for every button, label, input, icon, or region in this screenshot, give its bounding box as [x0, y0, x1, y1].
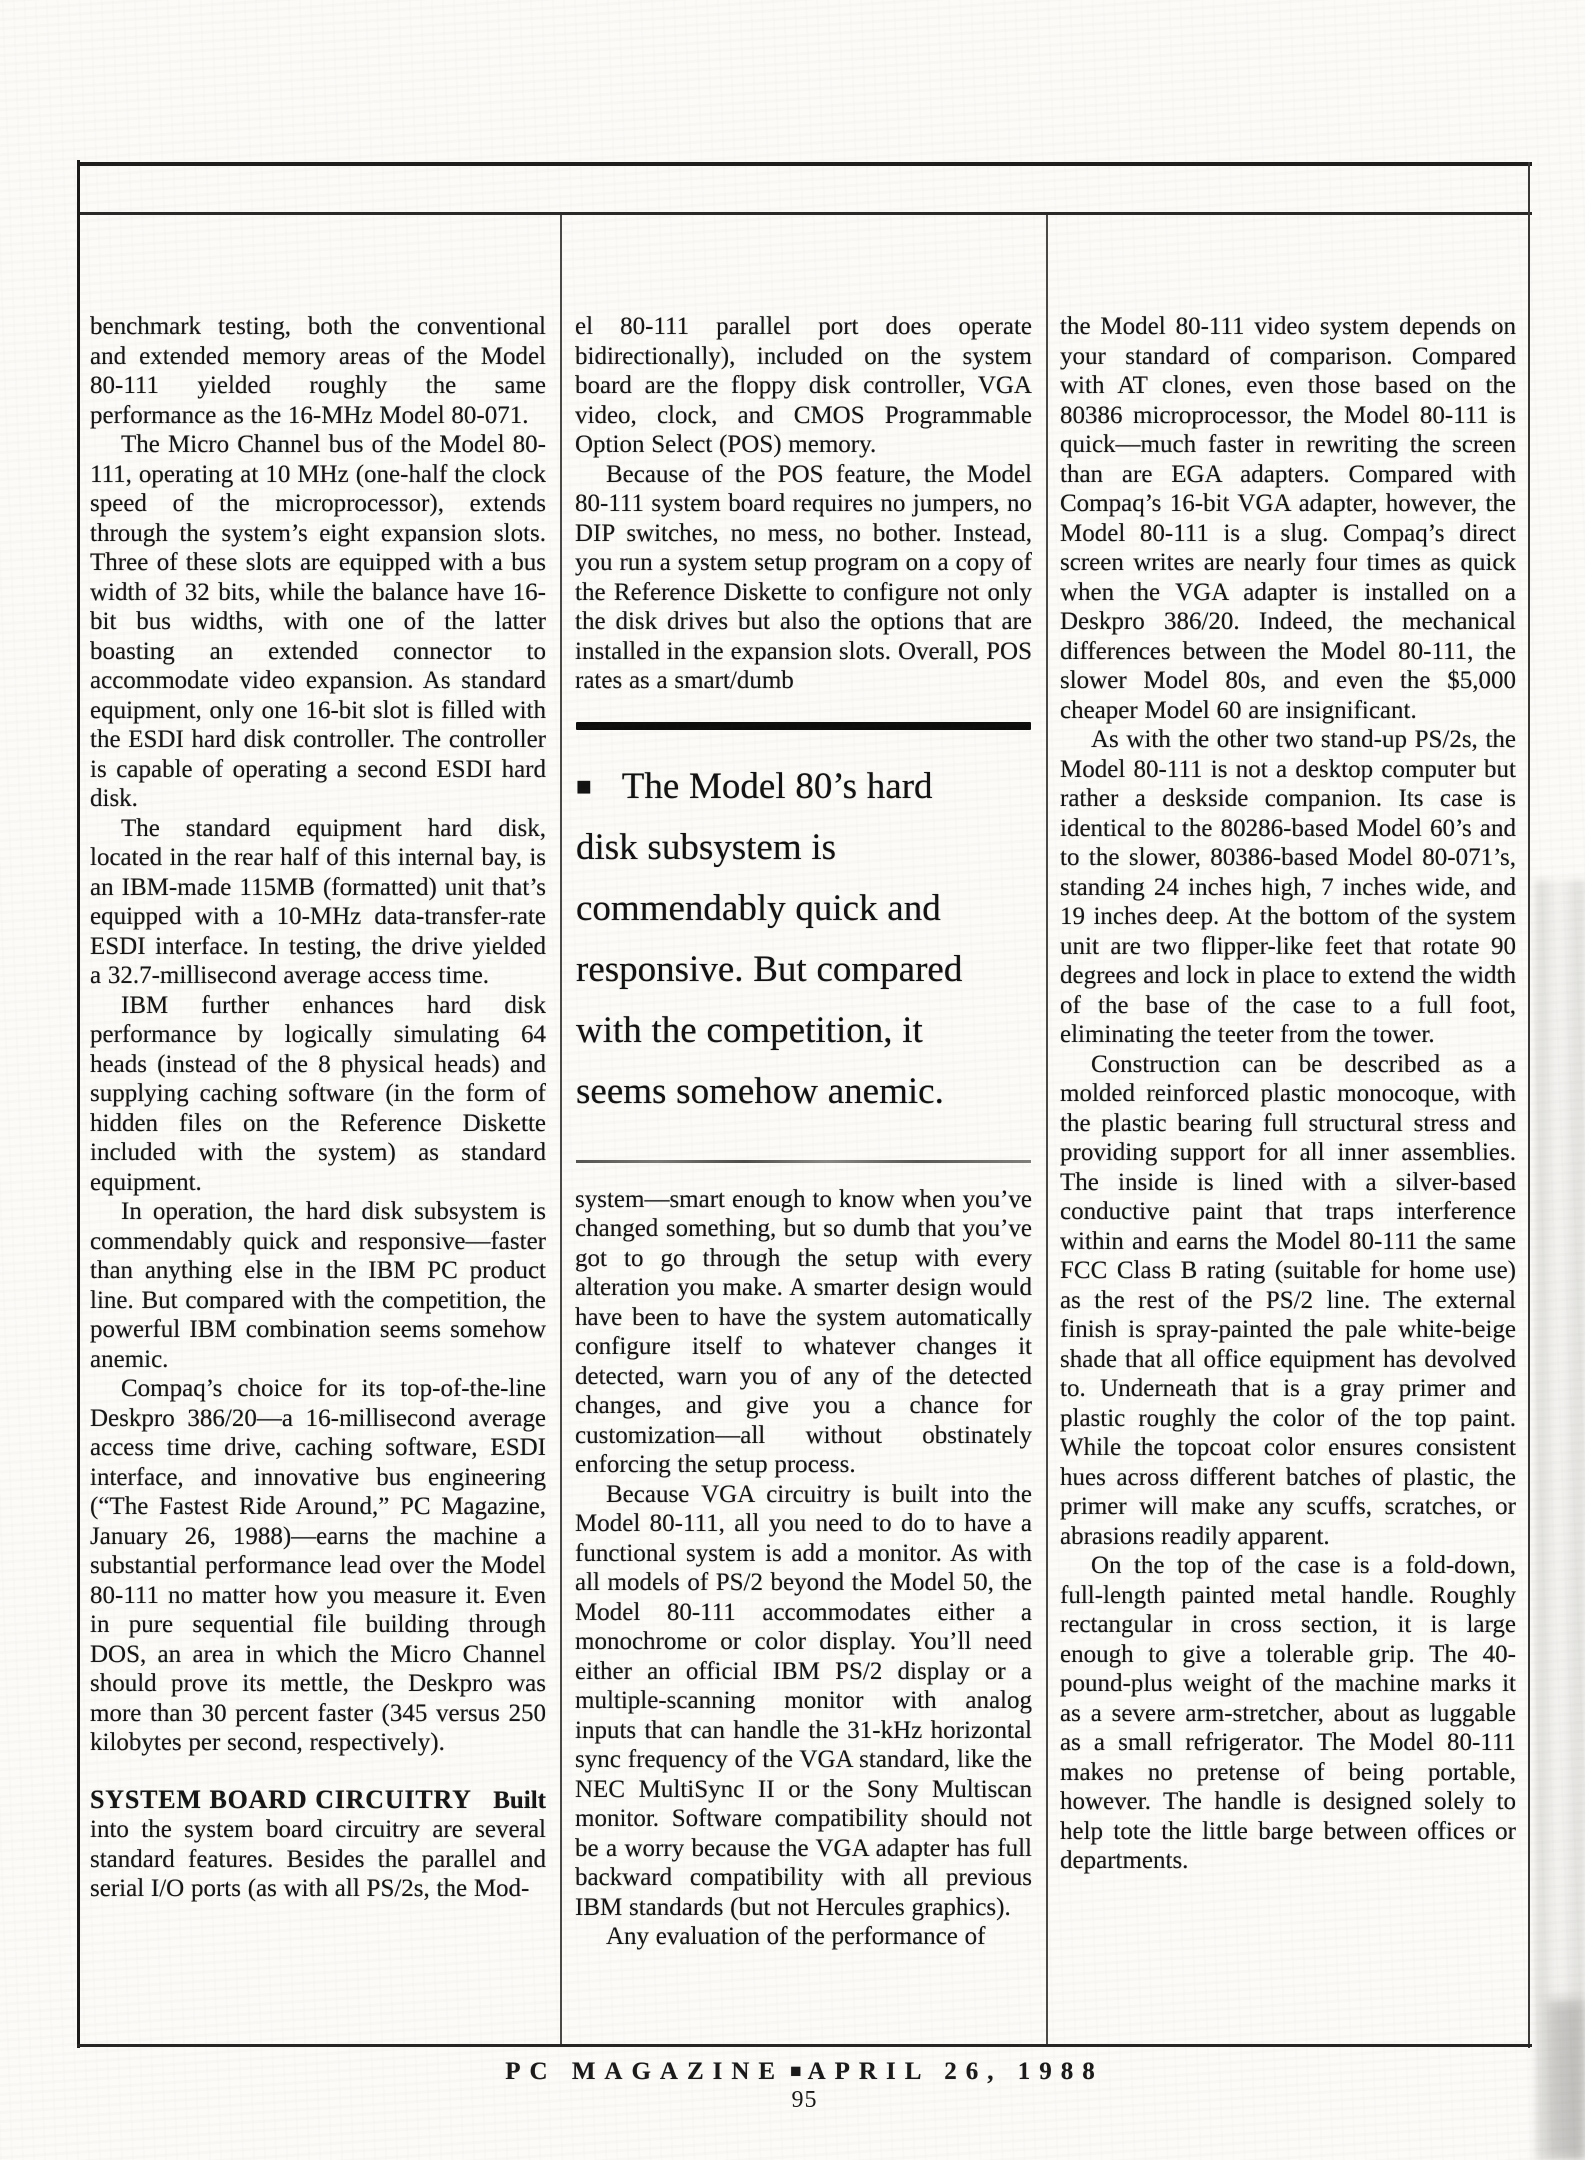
paragraph: Any evaluation of the performance of [575, 1922, 1032, 1952]
left-border-rule [77, 160, 80, 2048]
paragraph: The Micro Channel bus of the Model 80-11… [90, 430, 546, 814]
paragraph: the Model 80-111 video system depends on… [1060, 312, 1516, 725]
article-column-1: benchmark testing, both the conventional… [90, 312, 546, 2044]
pull-quote-text: The Model 80’s hard disk subsystem is co… [576, 766, 962, 1112]
paragraph: IBM further enhances hard disk performan… [90, 991, 546, 1198]
pull-quote: ■The Model 80’s hard disk subsystem is c… [576, 722, 1031, 1163]
magazine-page: benchmark testing, both the conventional… [0, 0, 1585, 2160]
column-divider-rule-2 [1046, 215, 1048, 2044]
pull-quote-bottom-rule [576, 1160, 1031, 1163]
right-border-rule [1528, 162, 1530, 2048]
paragraph: As with the other two stand-up PS/2s, th… [1060, 725, 1516, 1050]
footer-square-bullet-icon: ■ [784, 2061, 807, 2082]
scan-artifact-bottom-right [1548, 2000, 1585, 2160]
issue-date: APRIL 26, 1988 [808, 2058, 1104, 2085]
pull-quote-top-rule [576, 722, 1031, 730]
paragraph: system—smart enough to know when you’ve … [575, 1185, 1032, 1480]
section-heading-runin-word: Built [493, 1786, 546, 1816]
paragraph: On the top of the case is a fold-down, f… [1060, 1551, 1516, 1876]
paragraph: Compaq’s choice for its top-of-the-line … [90, 1374, 546, 1758]
page-number: 95 [77, 2087, 1532, 2114]
paragraph: Because VGA circuitry is built into the … [575, 1480, 1032, 1923]
paragraph: In operation, the hard disk subsystem is… [90, 1197, 546, 1374]
paragraph: el 80-111 parallel port does operate bid… [575, 312, 1032, 460]
paragraph: benchmark testing, both the conventional… [90, 312, 546, 430]
top-border-rule-inner [77, 212, 1532, 215]
scan-artifact-right-edge [1536, 880, 1585, 2160]
column-divider-rule-1 [560, 215, 562, 2044]
paragraph: The standard equipment hard disk, locate… [90, 814, 546, 991]
top-border-rule-outer [77, 162, 1532, 166]
paragraph: Because of the POS feature, the Model 80… [575, 460, 1032, 696]
page-footer: PC MAGAZINE■APRIL 26, 1988 95 [77, 2058, 1532, 2114]
article-column-3: the Model 80-111 video system depends on… [1060, 312, 1516, 2044]
pull-quote-body: ■The Model 80’s hard disk subsystem is c… [576, 756, 1031, 1122]
paragraph: into the system board circuitry are seve… [90, 1815, 546, 1904]
section-heading-line: SYSTEM BOARD CIRCUITRY Built [90, 1785, 546, 1816]
magazine-name: PC MAGAZINE [505, 2058, 784, 2085]
section-heading: SYSTEM BOARD CIRCUITRY [90, 1785, 472, 1815]
paragraph: Construction can be described as a molde… [1060, 1050, 1516, 1552]
footer-folio-line: PC MAGAZINE■APRIL 26, 1988 [77, 2058, 1532, 2086]
bottom-border-rule [77, 2044, 1532, 2047]
article-column-2: el 80-111 parallel port does operate bid… [575, 312, 1032, 2044]
